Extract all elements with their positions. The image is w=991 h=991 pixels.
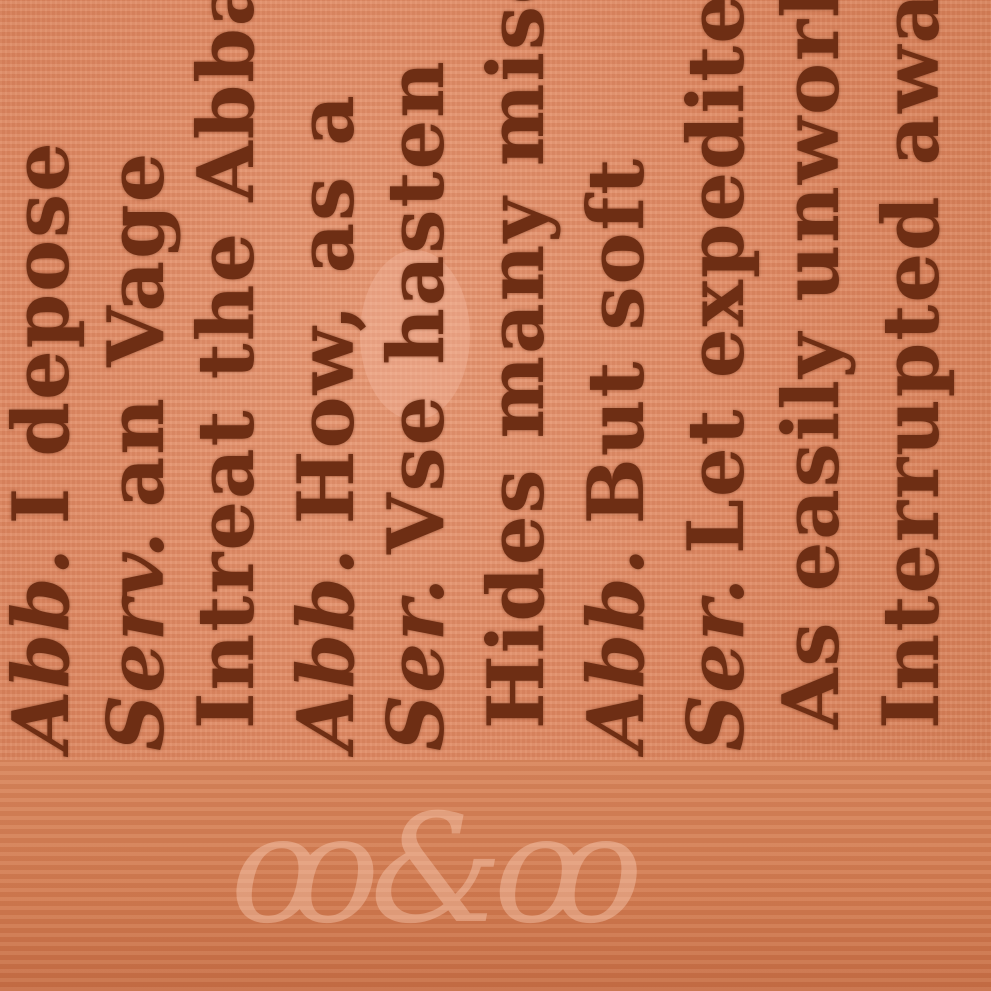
show-through-stain: ꝏ&ꝏ [230,770,670,980]
printed-page-photo: ꝏ&ꝏ Abb.I depose Serv.an Vage Intreat th… [0,0,991,991]
text-column-3: Intreat the Abbasse to [185,0,269,751]
line-text: Interrupted away doe [866,0,957,729]
line-text: As easily unworkable [766,0,857,729]
line-text: How, as a [281,93,372,524]
line-text: an Vage [91,151,182,507]
line-text: But soft [571,157,662,524]
speaker-label: Serv. [91,529,182,751]
line-text: Intreat the Abbasse to [181,0,272,729]
text-column-8: Ser.Let expedite [675,0,759,751]
text-column-9: As easily unworkable [770,0,854,751]
speaker-label: Abb. [0,546,87,751]
line-text: Vse hasten [371,59,462,554]
text-column-5: Ser.Vse hasten [375,59,459,751]
text-column-6: Hides many mischiefs [475,0,559,751]
text-column-7: Abb.But soft [575,157,659,751]
text-column-1: Abb.I depose [0,140,84,751]
text-column-2: Serv.an Vage [95,151,179,751]
line-text: Let expedite [671,0,762,554]
speaker-label: Abb. [571,546,662,751]
line-text: Hides many mischiefs [471,0,562,729]
text-column-4: Abb.How, as a [285,93,369,751]
speaker-label: Ser. [371,576,462,751]
line-text: I depose [0,140,87,524]
speaker-label: Ser. [671,576,762,751]
speaker-label: Abb. [281,546,372,751]
text-column-10: Interrupted away doe [870,0,954,751]
